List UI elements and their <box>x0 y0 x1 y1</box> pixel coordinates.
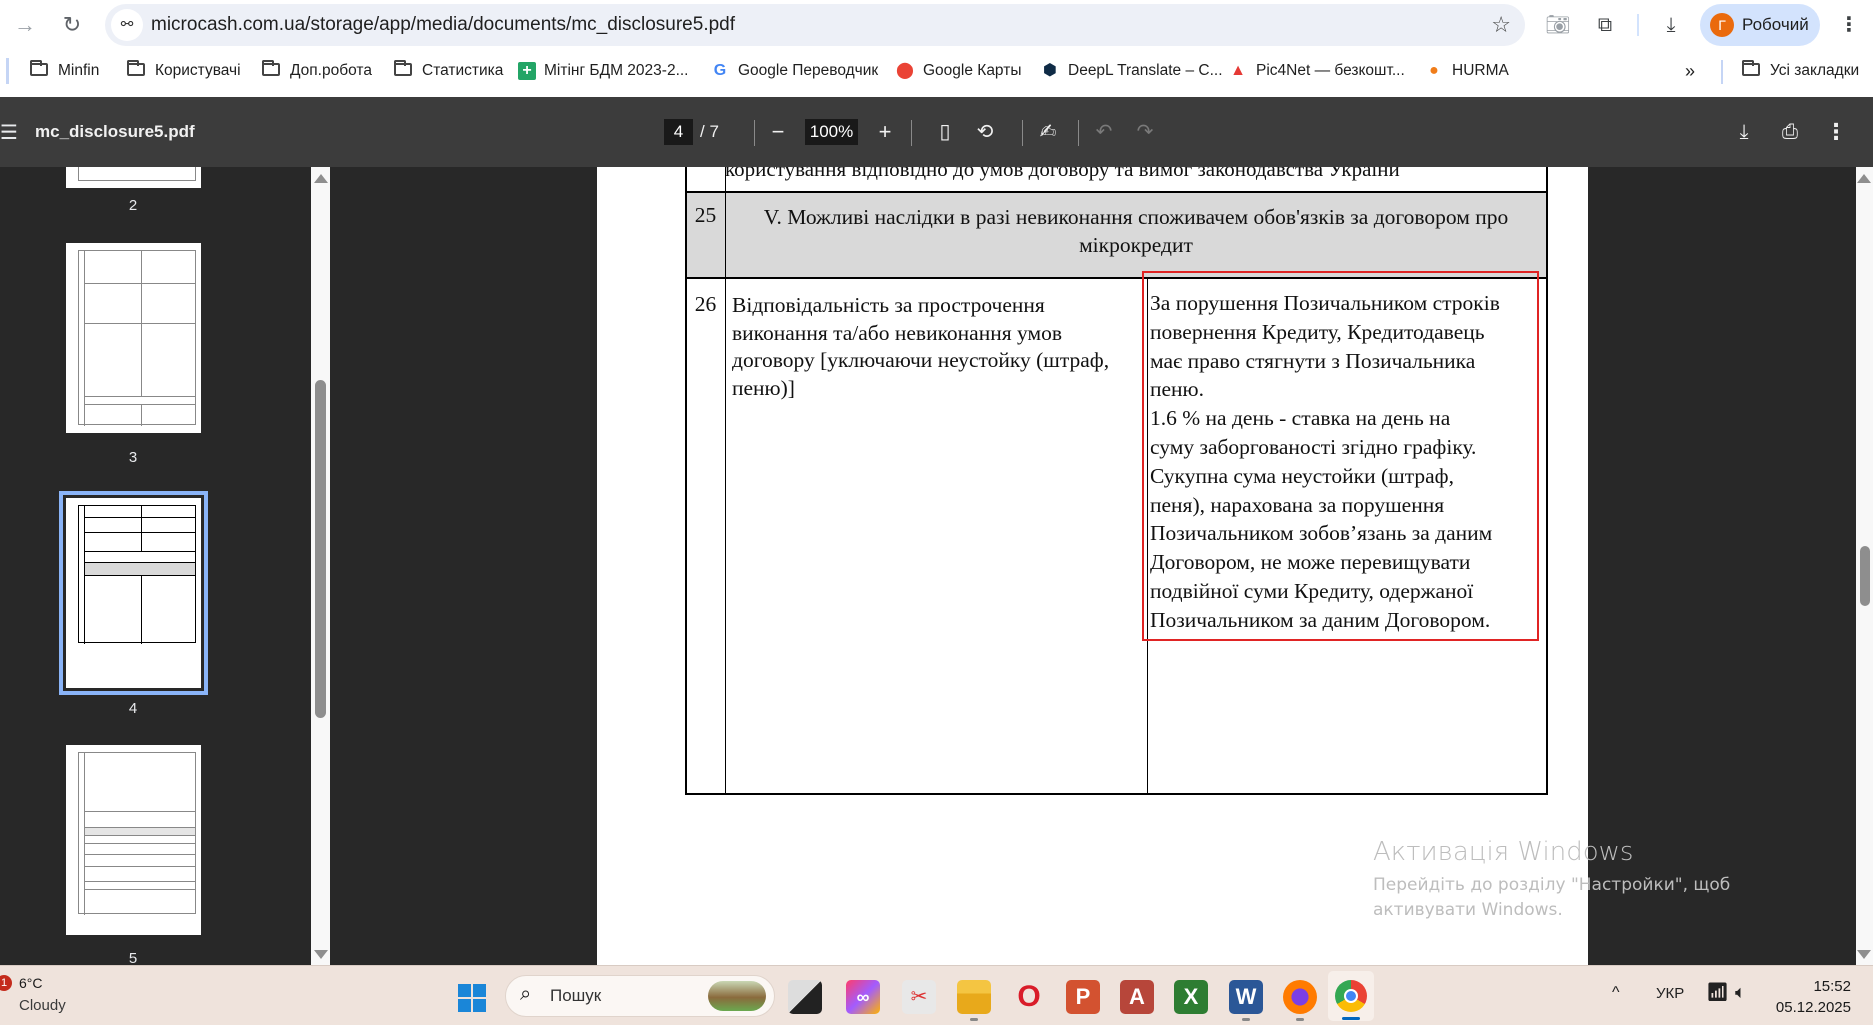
table-border <box>685 191 1548 193</box>
scroll-down-arrow-icon[interactable] <box>1857 950 1871 959</box>
windows-logo-icon <box>458 984 471 997</box>
fit-page-button[interactable]: ▯ <box>930 117 960 147</box>
bookmarks-divider <box>1721 60 1723 84</box>
bookmark-statistics[interactable]: Статистика <box>394 52 503 90</box>
tray-expand-icon[interactable]: ^ <box>1612 984 1620 1002</box>
table-border <box>725 167 726 794</box>
sheets-icon: + <box>518 62 536 80</box>
weather-description: Cloudy <box>19 997 66 1014</box>
section-title: V. Можливі наслідки в разі невиконання с… <box>725 203 1547 259</box>
sidebar-scrollbar[interactable] <box>311 167 330 965</box>
row-label: Відповідальність за прострочення виконан… <box>732 292 1142 402</box>
chrome-icon <box>1335 980 1367 1012</box>
search-highlight-image <box>708 981 766 1011</box>
clock-time[interactable]: 15:52 <box>1813 978 1851 995</box>
opera-icon[interactable]: O <box>1012 980 1046 1014</box>
deepl-icon: ⬢ <box>1040 52 1060 90</box>
undo-icon: ↶ <box>1096 121 1113 143</box>
taskbar-search[interactable]: ⌕ Пошук <box>505 975 775 1017</box>
bookmark-label: Мітінг БДМ 2023-2... <box>544 62 689 79</box>
reload-icon: ↻ <box>63 12 81 37</box>
toolbar-divider <box>1022 120 1023 146</box>
folder-icon <box>30 63 48 76</box>
scroll-down-arrow-icon[interactable] <box>314 950 328 959</box>
clock-date[interactable]: 05.12.2025 <box>1776 999 1851 1016</box>
thumbnail-page-4[interactable] <box>66 498 201 688</box>
print-button[interactable]: ⎙ <box>1775 117 1805 147</box>
excel-icon[interactable]: X <box>1174 980 1208 1014</box>
previous-row-text: користування відповідно до умов договору… <box>725 167 1400 182</box>
running-indicator <box>1242 1018 1250 1021</box>
bookmark-pic4net[interactable]: ▲Pic4Net — безкошт... <box>1228 52 1405 90</box>
rotate-button[interactable]: ⟲ <box>970 117 1000 147</box>
chrome-taskbar-active[interactable] <box>1328 971 1374 1021</box>
browser-chrome: → ↻ ⚯ microcash.com.ua/storage/app/media… <box>0 0 1873 97</box>
zoom-in-button[interactable]: + <box>870 117 900 147</box>
more-bookmarks-button[interactable]: » <box>1685 52 1695 90</box>
active-indicator <box>1342 1017 1360 1020</box>
forward-button[interactable]: → <box>8 8 42 42</box>
scroll-up-arrow-icon[interactable] <box>1857 174 1871 183</box>
scroll-up-arrow-icon[interactable] <box>314 174 328 183</box>
google-maps-icon: ⬤ <box>895 52 915 90</box>
bookmark-users[interactable]: Користувачі <box>127 52 241 90</box>
page-number-input[interactable]: 4 <box>664 119 693 145</box>
site-info-icon[interactable]: ⚯ <box>111 9 143 41</box>
thumbnail-page-3[interactable] <box>66 243 201 433</box>
bookmark-google-maps[interactable]: ⬤Google Карты <box>895 52 1021 90</box>
task-view-icon[interactable] <box>788 980 822 1014</box>
thumbnail-label: 3 <box>0 449 266 466</box>
document-title: mc_disclosure5.pdf <box>35 97 195 167</box>
toolbar-divider <box>1078 120 1079 146</box>
redo-button[interactable]: ↷ <box>1130 117 1160 147</box>
more-actions-button[interactable]: ⋮ <box>1821 117 1851 147</box>
printer-icon: ⎙ <box>1782 121 1798 143</box>
running-indicator <box>970 1018 978 1021</box>
reload-button[interactable]: ↻ <box>55 8 89 42</box>
weather-temperature: 6°C <box>19 975 43 991</box>
address-bar[interactable]: ⚯ microcash.com.ua/storage/app/media/doc… <box>105 4 1525 46</box>
creative-cloud-icon[interactable]: ∞ <box>846 980 880 1014</box>
access-icon[interactable]: A <box>1120 980 1154 1014</box>
bookmark-google-translate[interactable]: GGoogle Переводчик <box>710 52 878 90</box>
bookmark-hurma[interactable]: ●HURMA <box>1424 52 1509 90</box>
bookmark-label: Pic4Net — безкошт... <box>1256 62 1405 79</box>
page-total: / 7 <box>700 119 719 145</box>
profile-name: Робочий <box>1742 4 1809 46</box>
avatar: Г <box>1710 13 1734 37</box>
downloads-icon[interactable]: ⤓ <box>1654 8 1688 42</box>
snipping-tool-icon[interactable]: ✂ <box>902 980 936 1014</box>
folder-icon <box>394 63 412 76</box>
thumbnail-label: 5 <box>0 950 266 965</box>
zoom-out-button[interactable]: − <box>763 117 793 147</box>
toolbar-divider <box>754 120 755 146</box>
search-placeholder: Пошук <box>550 976 601 1016</box>
rotate-icon: ⟲ <box>977 121 994 143</box>
bookmark-label: Усі закладки <box>1770 62 1859 79</box>
main-scroll-thumb[interactable] <box>1860 546 1870 606</box>
bookmarks-bar: Minfin Користувачі Доп.робота Статистика… <box>0 52 1873 90</box>
annotate-button[interactable]: ✍︎ <box>1033 117 1063 147</box>
camera-icon[interactable]: 📷︎ <box>1541 8 1575 42</box>
folder-icon <box>262 63 280 76</box>
bookmark-label: Статистика <box>422 62 503 79</box>
all-bookmarks-button[interactable]: Усі закладки <box>1742 52 1859 90</box>
file-explorer-icon[interactable] <box>957 980 991 1014</box>
table-border <box>685 793 1548 795</box>
pdf-viewer-area: користування відповідно до умов договору… <box>330 167 1873 965</box>
url-text[interactable]: microcash.com.ua/storage/app/media/docum… <box>151 4 735 46</box>
thumbnail-page-5[interactable] <box>66 745 201 935</box>
bookmark-deepl[interactable]: ⬢DeepL Translate – C... <box>1040 52 1223 90</box>
pdf-toolbar: ☰ mc_disclosure5.pdf 4 / 7 − 100% + ▯ ⟲ … <box>0 97 1873 167</box>
main-scrollbar[interactable] <box>1856 167 1873 965</box>
minus-icon: − <box>772 119 785 144</box>
powerpoint-icon[interactable]: P <box>1066 980 1100 1014</box>
row-number: 26 <box>686 292 725 317</box>
chrome-menu-icon[interactable]: ⋮ <box>1832 8 1866 42</box>
sidebar-scroll-thumb[interactable] <box>315 380 326 718</box>
bookmark-star-icon[interactable]: ☆ <box>1491 4 1511 46</box>
thumbnail-page-2[interactable] <box>66 167 201 188</box>
google-translate-icon: G <box>710 52 730 90</box>
folder-icon <box>127 63 145 76</box>
bookmark-label: Google Карты <box>923 62 1021 79</box>
thumbnail-label: 2 <box>0 197 266 214</box>
highlight-annotation-box <box>1142 271 1539 641</box>
download-button[interactable]: ⤓ <box>1729 117 1759 147</box>
undo-button[interactable]: ↶ <box>1089 117 1119 147</box>
extensions-icon[interactable]: ⧉ <box>1588 8 1622 42</box>
search-icon: ⌕ <box>520 983 531 1006</box>
word-icon[interactable]: W <box>1229 980 1263 1014</box>
profile-button[interactable]: Г Робочий <box>1700 4 1820 46</box>
zoom-level-input[interactable]: 100% <box>805 119 858 145</box>
activation-watermark-title: Активація Windows <box>1373 837 1633 867</box>
table-border <box>685 167 687 794</box>
row-number: 25 <box>686 203 725 228</box>
toolbar-divider <box>1637 14 1639 36</box>
bookmarks-divider <box>6 58 9 84</box>
bookmark-label: Google Переводчик <box>738 62 878 79</box>
volume-icon[interactable]: 🔈︎ <box>1735 982 1746 1003</box>
bookmark-label: Доп.робота <box>290 62 372 79</box>
bookmark-label: Minfin <box>58 62 99 79</box>
start-button[interactable] <box>458 984 486 1012</box>
activation-watermark-text: Перейдіть до розділу "Настройки", щоб ак… <box>1373 873 1813 923</box>
bookmark-label: HURMA <box>1452 62 1509 79</box>
folder-icon <box>1742 63 1760 76</box>
wifi-icon[interactable]: 📶︎ <box>1706 982 1729 1003</box>
running-indicator <box>1296 1018 1304 1021</box>
thumbnail-sidebar: 2 3 4 <box>0 167 330 965</box>
more-vert-icon: ⋮ <box>1825 119 1847 144</box>
redo-icon: ↷ <box>1137 121 1154 143</box>
taskbar: 1 6°C Cloudy ⌕ Пошук ∞ ✂ O P A X W ^ УКР… <box>0 965 1873 1025</box>
bookmark-minfin[interactable]: Minfin <box>30 52 99 90</box>
fit-page-icon: ▯ <box>939 121 950 143</box>
thumbnail-label: 4 <box>0 700 266 717</box>
plus-icon: + <box>879 119 892 144</box>
arrow-right-icon: → <box>14 12 36 37</box>
toolbar-divider <box>911 120 912 146</box>
bookmark-meeting[interactable]: +Мітінг БДМ 2023-2... <box>518 52 689 90</box>
pic4net-icon: ▲ <box>1228 52 1248 90</box>
hurma-icon: ● <box>1424 52 1444 90</box>
input-language[interactable]: УКР <box>1656 985 1684 1002</box>
download-icon: ⤓ <box>1740 121 1749 143</box>
bookmark-label: Користувачі <box>155 62 241 79</box>
table-border <box>1546 167 1548 794</box>
bookmark-extra-work[interactable]: Доп.робота <box>262 52 372 90</box>
bookmark-label: DeepL Translate – C... <box>1068 62 1223 79</box>
sidebar-toggle-icon[interactable]: ☰ <box>0 120 18 145</box>
firefox-icon[interactable] <box>1283 980 1317 1014</box>
pen-scribble-icon: ✍︎ <box>1040 121 1057 143</box>
notification-badge: 1 <box>0 975 12 991</box>
